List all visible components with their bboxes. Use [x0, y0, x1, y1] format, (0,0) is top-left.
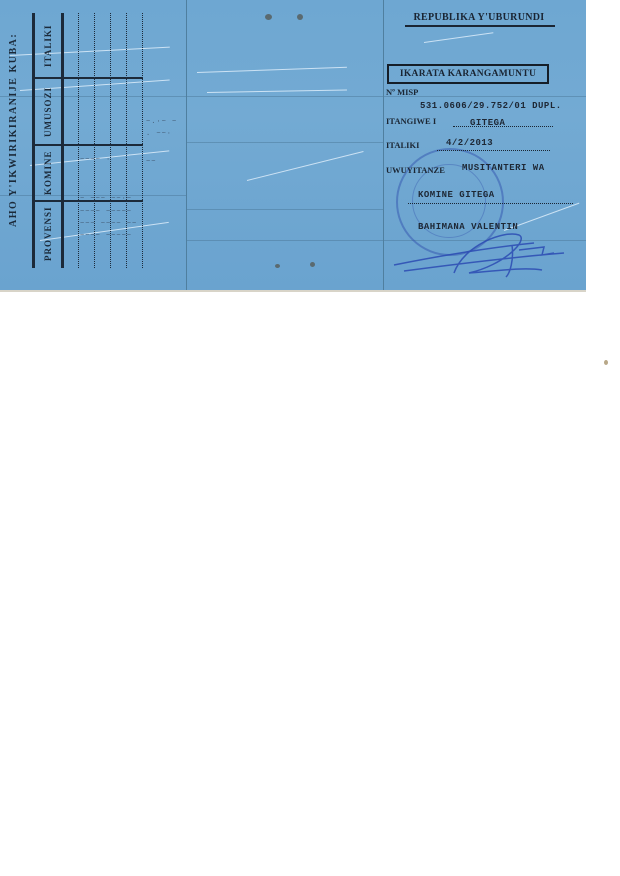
middle-panel: [187, 0, 384, 290]
crease: [247, 151, 364, 181]
issuer-label: UWUYITANZE: [386, 165, 445, 175]
fold-line: [187, 240, 383, 241]
date-label: ITALIKI: [386, 140, 419, 150]
signature-icon: [384, 225, 584, 295]
handwritten-entry: ~~~~ ·: [80, 156, 111, 164]
handwritten-entry: ~~~ ~~~~ ~~: [80, 220, 137, 228]
misp-number-label: Nº MISP: [386, 87, 418, 97]
left-panel-title: AHO Y'IKWIRIKIRANIJE KUBA:: [8, 22, 32, 237]
issued-at-value: GITEGA: [470, 118, 505, 128]
table-dotted-rule: [126, 13, 127, 268]
crease: [197, 67, 347, 73]
handwritten-entry: ~.·~ ~: [146, 118, 177, 126]
table-dotted-rule: [110, 13, 111, 268]
issuer-title-line1: MUSITANTERI WA: [462, 163, 545, 173]
table-rule: [32, 13, 35, 268]
issued-at-label: ITANGIWE I: [386, 116, 436, 126]
staple-hole: [310, 262, 315, 267]
column-header-provensi: PROVENSI: [37, 200, 59, 268]
column-header-komine: KOMINE: [37, 146, 59, 200]
crease: [207, 90, 347, 93]
handwritten-entry: ~~: [146, 158, 156, 166]
table-rule: [61, 13, 64, 268]
handwritten-entry: . ~~·: [146, 130, 172, 138]
issuer-title-line2: KOMINE GITEGA: [418, 190, 495, 200]
table-dotted-rule: [78, 13, 79, 268]
crease: [424, 32, 493, 43]
dotted-line: [437, 150, 550, 151]
fold-line: [187, 142, 383, 143]
republic-header: REPUBLIKA Y'UBURUNDI: [404, 12, 554, 23]
handwritten-entry: ~~~~ ~~~~~: [80, 232, 132, 240]
handwritten-entry: ~~~~ ~~~~~: [80, 208, 132, 216]
id-card-scan: AHO Y'IKWIRIKIRANIJE KUBA: PROVENSI KOMI…: [0, 0, 586, 290]
column-header-umusozi: UMUSOZI: [37, 79, 59, 144]
table-dotted-rule: [94, 13, 95, 268]
column-header-italiki: ITALIKI: [37, 14, 59, 77]
fold-line: [187, 96, 383, 97]
misp-number-value: 531.0606/29.752/01 DUPL.: [420, 101, 562, 111]
header-underline: [405, 25, 555, 27]
card-title-box: IKARATA KARANGAMUNTU: [387, 64, 549, 84]
scan-speck: [604, 360, 608, 365]
staple-hole: [275, 264, 280, 268]
staple-hole: [297, 14, 303, 20]
fold-line: [187, 209, 383, 210]
table-dotted-rule: [142, 13, 143, 268]
dotted-line: [408, 203, 573, 204]
handwritten-entry: ~ ~~~ ~~·~: [80, 195, 132, 203]
staple-hole: [265, 14, 272, 20]
date-value: 4/2/2013: [446, 138, 493, 148]
